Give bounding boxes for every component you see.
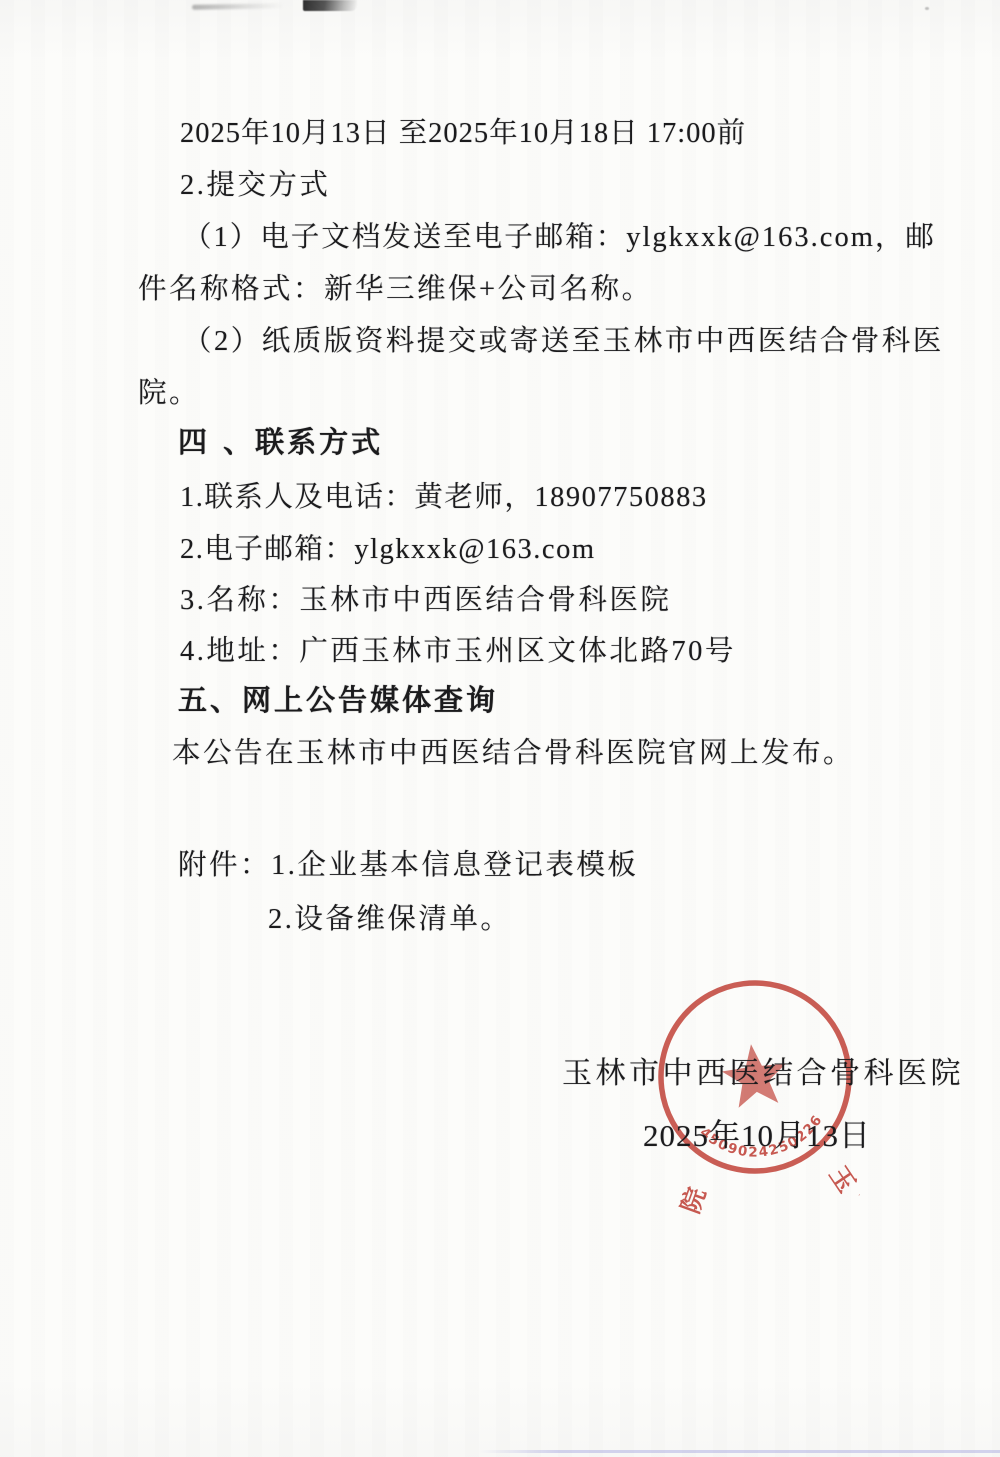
contact-person-line: 1.联系人及电话：黄老师，18907750883 xyxy=(180,474,708,515)
scan-edge-line xyxy=(478,1450,1000,1453)
contact-email-line: 2.电子邮箱：ylgkxxk@163.com xyxy=(180,526,595,567)
publish-note-line: 本公告在玉林市中西医结合骨科医院官网上发布。 xyxy=(172,730,854,771)
method1-line1: （1）电子文档发送至电子邮箱：ylgkxxk@163.com，邮 xyxy=(183,214,936,255)
attachment-line2: 2.设备维保清单。 xyxy=(268,896,511,937)
scan-dot xyxy=(925,7,929,10)
contact-address-line: 4.地址：广西玉林市玉州区文体北路70号 xyxy=(180,628,736,669)
scan-smudge-light xyxy=(192,3,284,10)
method2-line2: 院。 xyxy=(138,370,200,411)
submit-method-subheading: 2.提交方式 xyxy=(180,162,330,203)
signature-org-line: 玉林市中西医结合骨科医院 xyxy=(562,1048,964,1092)
section5-heading: 五、网上公告媒体查询 xyxy=(178,678,498,719)
scan-smudge-dark xyxy=(303,0,357,11)
method1-line2: 件名称格式：新华三维保+公司名称。 xyxy=(138,266,653,307)
contact-name-line: 3.名称：玉林市中西医结合骨科医院 xyxy=(180,577,671,618)
attachment-line1: 附件：1.企业基本信息登记表模板 xyxy=(178,842,638,883)
signature-date-line: 2025年10月13日 xyxy=(643,1110,871,1155)
method2-line1: （2）纸质版资料提交或寄送至玉林市中西医结合骨科医 xyxy=(183,318,944,359)
section4-heading: 四 、联系方式 xyxy=(178,420,383,461)
submission-period-line: 2025年10月13日 至2025年10月18日 17:00前 xyxy=(180,110,746,151)
scanned-page: 2025年10月13日 至2025年10月18日 17:00前 2.提交方式 （… xyxy=(0,0,1000,1457)
